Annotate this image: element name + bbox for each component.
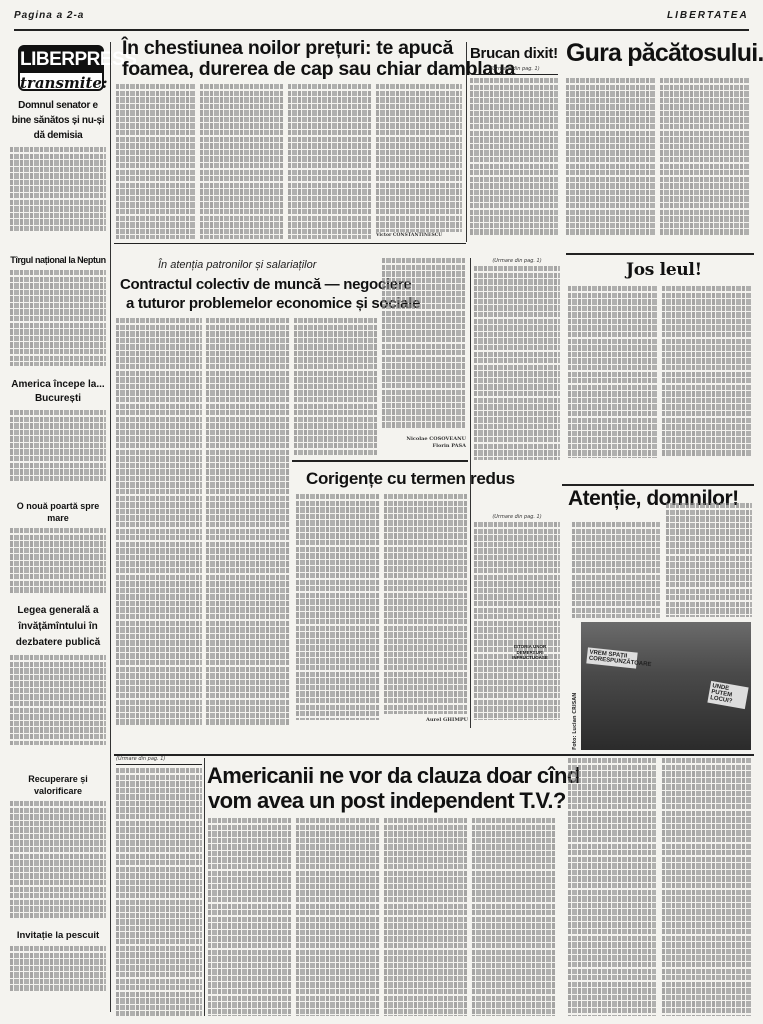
item-body (10, 528, 106, 594)
lead-article-col1 (116, 84, 196, 239)
atentie-col3 (666, 503, 752, 617)
item-title: Recuperare și valorificare (10, 773, 106, 797)
contract-kicker: În atenția patronilor și salariaților (158, 259, 316, 271)
contract-headline-line2: a tuturor problemelor economice și socia… (126, 296, 420, 312)
contract-inner-rule (292, 460, 468, 462)
americanii-side-rule (116, 764, 202, 765)
photo-credit: Foto: Lucian CRISAN (572, 690, 578, 750)
americanii-side-col (116, 768, 202, 1016)
item-title: Tîrgul național la Neptun (10, 254, 106, 266)
brucan-cont-body (474, 266, 560, 460)
brucan-continued: (Urmare din pag. 1) (470, 66, 560, 72)
liberpress-logo: LIBERPRESS transmite: (18, 45, 104, 91)
contract-col3 (294, 318, 378, 456)
jos-leul-bottom-rule (562, 484, 754, 486)
brucan-cont-rule (472, 74, 558, 75)
contract-signature-2: Florin PASA (382, 443, 466, 449)
item-title: Invitație la pescuit (10, 930, 106, 942)
item-body (10, 270, 106, 366)
liberpress-item-senator: Domnul senator e bine sănătos și nu-și d… (10, 98, 106, 231)
brucan-divider (466, 42, 467, 242)
photo-protest-sign-2: UNDE PUTEM LOCUI? (707, 681, 748, 709)
jos-leul-col2 (662, 286, 752, 458)
item-title: Domnul senator e bine sănătos și nu-și d… (10, 98, 106, 143)
gura-bottom-rule (566, 253, 754, 255)
americanii-top-rule (114, 754, 754, 756)
americanii-headline-line1: Americanii ne vor da clauza doar cînd (207, 764, 580, 787)
item-body (10, 801, 106, 921)
item-title: Legea generală a învățămîntului în dezba… (10, 603, 106, 651)
americanii-col4 (472, 818, 556, 1016)
americanii-side-continued: (Urmare din pag. 1) (116, 756, 202, 762)
lead-article-bottom-rule (114, 243, 466, 244)
liberpress-item-america: America începe la... București (10, 378, 106, 482)
corigente-headline: Corigențe cu termen redus (306, 470, 515, 488)
liberpress-item-pescuit: Invitație la pescuit (10, 930, 106, 994)
item-body (10, 946, 106, 994)
gura-col1 (566, 78, 656, 236)
americanii-col3 (384, 818, 468, 1016)
protest-photo: VREM SPAȚII CORESPUNZĂTOARE UNDE PUTEM L… (581, 622, 751, 750)
left-column-divider (110, 42, 111, 1012)
gura-col2 (660, 78, 750, 236)
atentie-subheading: ISTORIA UNOR DEMERSURI INFRUCTUOASE (500, 644, 560, 661)
contract-col4 (382, 258, 466, 428)
corigente-col2 (384, 494, 468, 714)
item-title: O nouă poartă spre mare (10, 500, 106, 524)
jos-leul-divider (470, 258, 471, 728)
lead-article-signature: Victor CONSTANTINESCU (376, 233, 462, 238)
americanii-col2 (296, 818, 380, 1016)
item-body (10, 147, 106, 231)
lead-headline-line2: foamea, durerea de cap sau chiar damblau… (122, 59, 422, 79)
americanii-col5 (568, 758, 656, 1016)
lead-article-col4 (376, 84, 462, 232)
brucan-cont-2: (Urmare din pag. 1) (474, 258, 560, 264)
gura-headline: Gura păcătosului... (566, 40, 756, 66)
contract-headline-line1: Contractul colectiv de muncă — negociere (120, 277, 411, 293)
item-title: America începe la... București (10, 378, 106, 406)
photo-protest-sign-1: VREM SPAȚII CORESPUNZĂTOARE (586, 647, 637, 668)
item-body (10, 655, 106, 745)
brucan-headline: Brucan dixit! (470, 46, 560, 62)
americanii-headline-line2: vom avea un post independent T.V.? (208, 789, 566, 812)
liberpress-item-neptun: Tîrgul național la Neptun (10, 254, 106, 366)
brucan-body (470, 78, 558, 236)
corigente-col1 (296, 494, 380, 720)
atentie-col1 (474, 522, 560, 720)
contract-signature-1: Nicolae COSOVEANU (382, 436, 466, 442)
contract-col2 (206, 318, 290, 728)
contract-col1 (116, 318, 202, 728)
jos-leul-col1 (568, 286, 658, 458)
atentie-col2 (572, 522, 660, 618)
lead-article-col2 (200, 84, 284, 239)
atentie-continued: (Urmare din pag. 1) (474, 514, 560, 520)
americanii-col1 (208, 818, 292, 1016)
corigente-signature: Aurel GHIMPU (384, 717, 468, 723)
item-body (10, 410, 106, 482)
header-rule (14, 29, 749, 31)
liberpress-logo-top: LIBERPRESS (20, 47, 102, 73)
jos-leul-headline: Jos leul! (626, 262, 702, 280)
liberpress-item-poarta: O nouă poartă spre mare (10, 500, 106, 594)
liberpress-item-legea: Legea generală a învățămîntului în dezba… (10, 603, 106, 745)
page-number-label: Pagina a 2-a (14, 10, 84, 21)
masthead-name: LIBERTATEA (667, 10, 749, 21)
lead-headline-line1: În chestiunea noilor prețuri: te apucă (122, 38, 422, 58)
liberpress-item-recuperare: Recuperare și valorificare (10, 773, 106, 921)
liberpress-logo-bottom: transmite: (20, 73, 102, 93)
americanii-side-divider (204, 758, 205, 1016)
lead-article-col3 (288, 84, 372, 239)
americanii-col6 (662, 758, 752, 1016)
